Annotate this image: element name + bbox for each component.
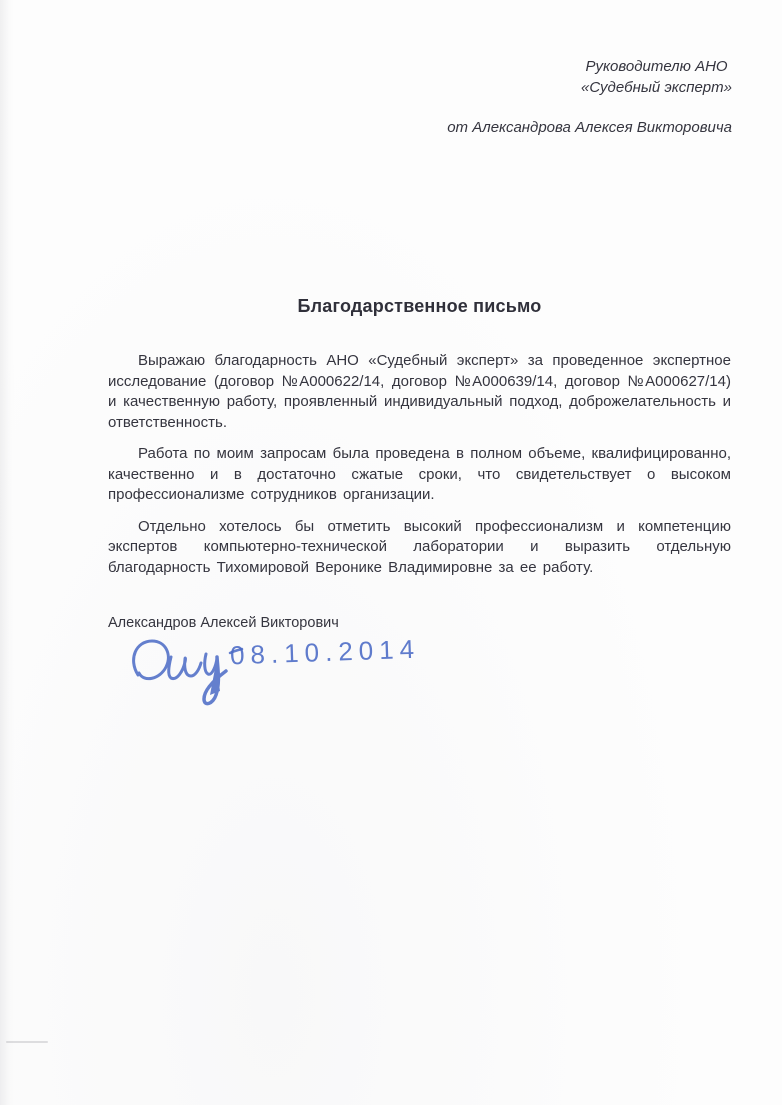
- signature-block: Александров Алексей Викторович 08.10.201…: [108, 615, 731, 721]
- letter-content: Благодарственное письмо Выражаю благодар…: [108, 296, 731, 721]
- recipient-block: Руководителю АНО «Судебный эксперт»: [581, 56, 732, 98]
- paragraph-special-thanks: Отдельно хотелось бы отметить высокий пр…: [108, 517, 731, 579]
- letter-header: Руководителю АНО «Судебный эксперт» от А…: [0, 0, 782, 138]
- scan-artifact-smudge: [6, 1041, 48, 1043]
- handwritten-date: 08.10.2014: [230, 634, 421, 672]
- recipient-line-1: Руководителю АНО: [581, 56, 732, 77]
- sender-line: от Александрова Алексея Викторовича: [0, 117, 732, 138]
- paragraph-gratitude: Выражаю благодарность АНО «Судебный эксп…: [108, 351, 731, 433]
- paragraph-work-quality: Работа по моим запросам была проведена в…: [108, 444, 731, 506]
- signatory-name: Александров Алексей Викторович: [108, 615, 731, 631]
- signature-row: 08.10.2014: [108, 631, 731, 721]
- recipient-line-2: «Судебный эксперт»: [581, 77, 732, 98]
- letter-body: Выражаю благодарность АНО «Судебный эксп…: [108, 351, 731, 578]
- scanned-letter-page: Руководителю АНО «Судебный эксперт» от А…: [0, 0, 782, 1105]
- letter-title: Благодарственное письмо: [108, 296, 731, 317]
